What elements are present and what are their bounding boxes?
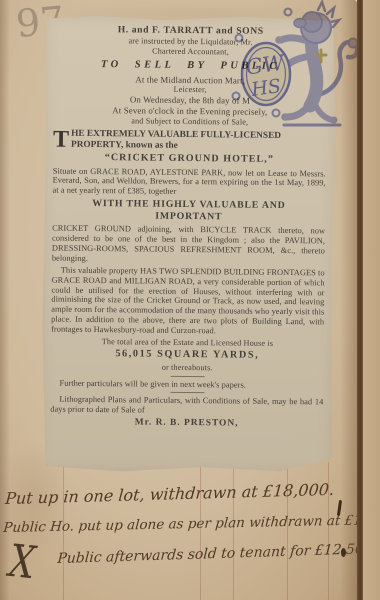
handwritten-note-3: Public afterwards sold to tenant for £12…: [57, 541, 373, 567]
cross-mark: X: [7, 536, 38, 590]
cricket-ground-paragraph: CRICKET GROUND adjoining, with BICYCLE T…: [52, 224, 325, 266]
frontages-paragraph: This valuable property HAS TWO SPLENDID …: [51, 265, 325, 337]
page-edge-shading: [0, 0, 10, 600]
ledger-page: 97 H. and F. TARRATT and SONS are instru…: [0, 0, 380, 600]
particulars-paragraph: Further particulars will be given in nex…: [50, 378, 323, 391]
section-rule: [170, 392, 204, 393]
stamp-monogram-bottom: HS: [249, 75, 282, 101]
next-page-sliver: [363, 0, 380, 600]
agent-name: Mr. R. B. PRESTON,: [50, 417, 323, 431]
situate-paragraph: Situate on GRACE ROAD, AYLESTONE PARK, n…: [52, 166, 325, 199]
plans-paragraph: Lithographed Plans and Particulars, with…: [50, 395, 323, 418]
section-rule: [170, 375, 204, 376]
drop-cap: T: [53, 128, 71, 149]
property-intro: THE EXTREMELY VALUABLE FULLY-LICENSED PR…: [53, 128, 326, 154]
total-area-suffix: or thereabouts.: [51, 361, 324, 374]
hotel-name: “CRICKET GROUND HOTEL,”: [53, 152, 326, 167]
